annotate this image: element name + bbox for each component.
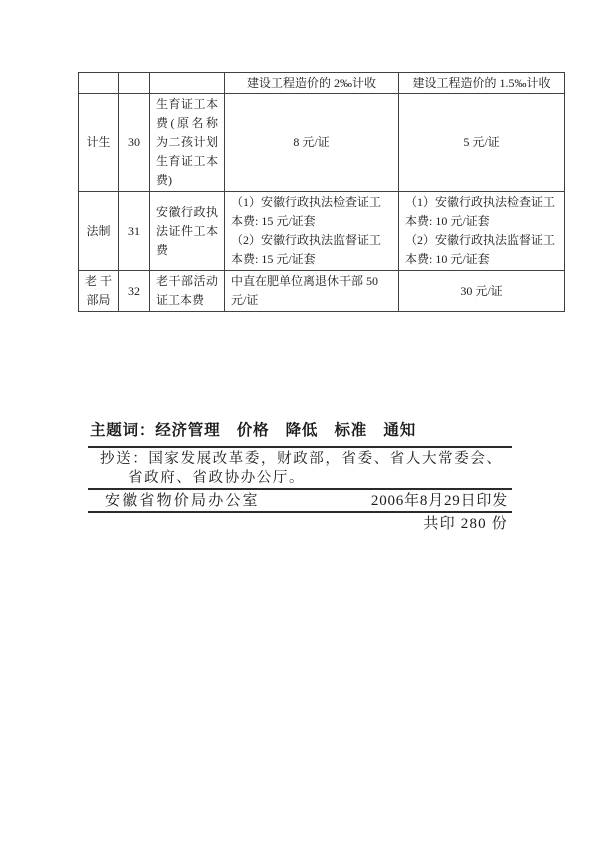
issuer-office: 安徽省物价局办公室 — [105, 491, 260, 511]
document-page: 建设工程造价的 2‰计收 建设工程造价的 1.5‰计收 计生 30 生育证工本费… — [0, 0, 595, 841]
subject-label: 主题词： — [90, 422, 155, 439]
cc-label: 抄送： — [100, 451, 148, 467]
table-row-continuation: 建设工程造价的 2‰计收 建设工程造价的 1.5‰计收 — [79, 73, 565, 94]
cell-new-standard: 5 元/证 — [399, 94, 565, 192]
fee-entry: （1）安徽行政执法检查证工本费: 15 元/证套 — [231, 193, 392, 231]
fee-table: 建设工程造价的 2‰计收 建设工程造价的 1.5‰计收 计生 30 生育证工本费… — [78, 72, 565, 312]
divider-line — [88, 488, 512, 490]
table-row: 计生 30 生育证工本费(原名称为二孩计划生育证工本费) 8 元/证 5 元/证 — [79, 94, 565, 192]
cell-dept: 老干部局 — [79, 271, 119, 312]
cell-dept: 计生 — [79, 94, 119, 192]
fee-entry: （2）安徽行政执法监督证工本费: 15 元/证套 — [231, 231, 392, 269]
cell-item: 老干部活动证工本费 — [150, 271, 225, 312]
divider-line — [88, 511, 512, 513]
cell-item-empty — [150, 73, 225, 94]
subject-terms: 经济管理 价格 降低 标准 通知 — [155, 422, 416, 439]
issue-date: 2006年8月29日印发 — [371, 491, 508, 511]
cc-line-2: 省政府、省政协办公厅。 — [128, 469, 305, 488]
print-copies: 共印 280 份 — [88, 514, 508, 534]
subject-keywords-line: 主题词：经济管理 价格 降低 标准 通知 — [90, 420, 416, 442]
cell-new-standard: 建设工程造价的 1.5‰计收 — [399, 73, 565, 94]
divider-line — [88, 446, 512, 448]
fee-entry: （2）安徽行政执法监督证工本费: 10 元/证套 — [405, 231, 558, 269]
cell-old-standard: 建设工程造价的 2‰计收 — [225, 73, 399, 94]
cc-recipients: 国家发展改革委，财政部，省委、省人大常委会、 — [148, 451, 502, 467]
cell-old-standard: 中直在肥单位离退休干部 50 元/证 — [225, 271, 399, 312]
fee-entry: （1）安徽行政执法检查证工本费: 10 元/证套 — [405, 193, 558, 231]
cell-old-standard: （1）安徽行政执法检查证工本费: 15 元/证套 （2）安徽行政执法监督证工本费… — [225, 192, 399, 271]
cell-item: 生育证工本费(原名称为二孩计划生育证工本费) — [150, 94, 225, 192]
cell-item: 安徽行政执法证件工本费 — [150, 192, 225, 271]
cell-dept-empty — [79, 73, 119, 94]
cell-old-standard: 8 元/证 — [225, 94, 399, 192]
cell-new-standard: 30 元/证 — [399, 271, 565, 312]
cell-num: 30 — [119, 94, 150, 192]
cc-line-1: 抄送：国家发展改革委，财政部，省委、省人大常委会、 — [100, 450, 503, 469]
cell-num: 31 — [119, 192, 150, 271]
cell-dept: 法制 — [79, 192, 119, 271]
cell-num: 32 — [119, 271, 150, 312]
issuer-row: 安徽省物价局办公室 2006年8月29日印发 — [88, 491, 508, 511]
cell-num-empty — [119, 73, 150, 94]
cell-new-standard: （1）安徽行政执法检查证工本费: 10 元/证套 （2）安徽行政执法监督证工本费… — [399, 192, 565, 271]
table-row: 老干部局 32 老干部活动证工本费 中直在肥单位离退休干部 50 元/证 30 … — [79, 271, 565, 312]
table-row: 法制 31 安徽行政执法证件工本费 （1）安徽行政执法检查证工本费: 15 元/… — [79, 192, 565, 271]
